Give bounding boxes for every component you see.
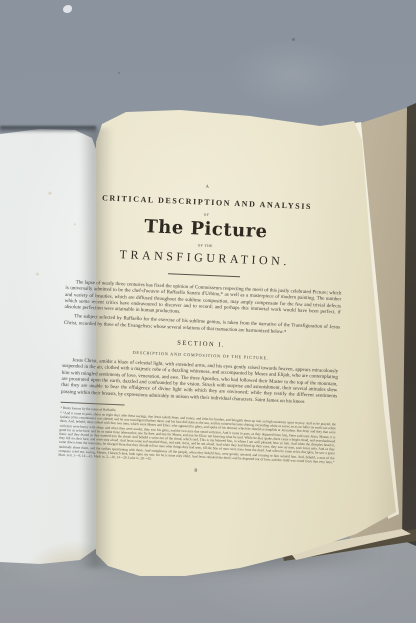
body-paragraph: Jesus Christ, amidst a blaze of celestia… [61, 358, 338, 407]
printed-text-block: A CRITICAL DESCRIPTION AND ANALYSIS OF T… [58, 178, 346, 479]
surface-speck [118, 72, 120, 74]
surface-speck [292, 38, 295, 41]
footnote-rule [61, 402, 125, 406]
surface-chip-mark [63, 5, 72, 13]
title-divider-rule [168, 273, 240, 277]
